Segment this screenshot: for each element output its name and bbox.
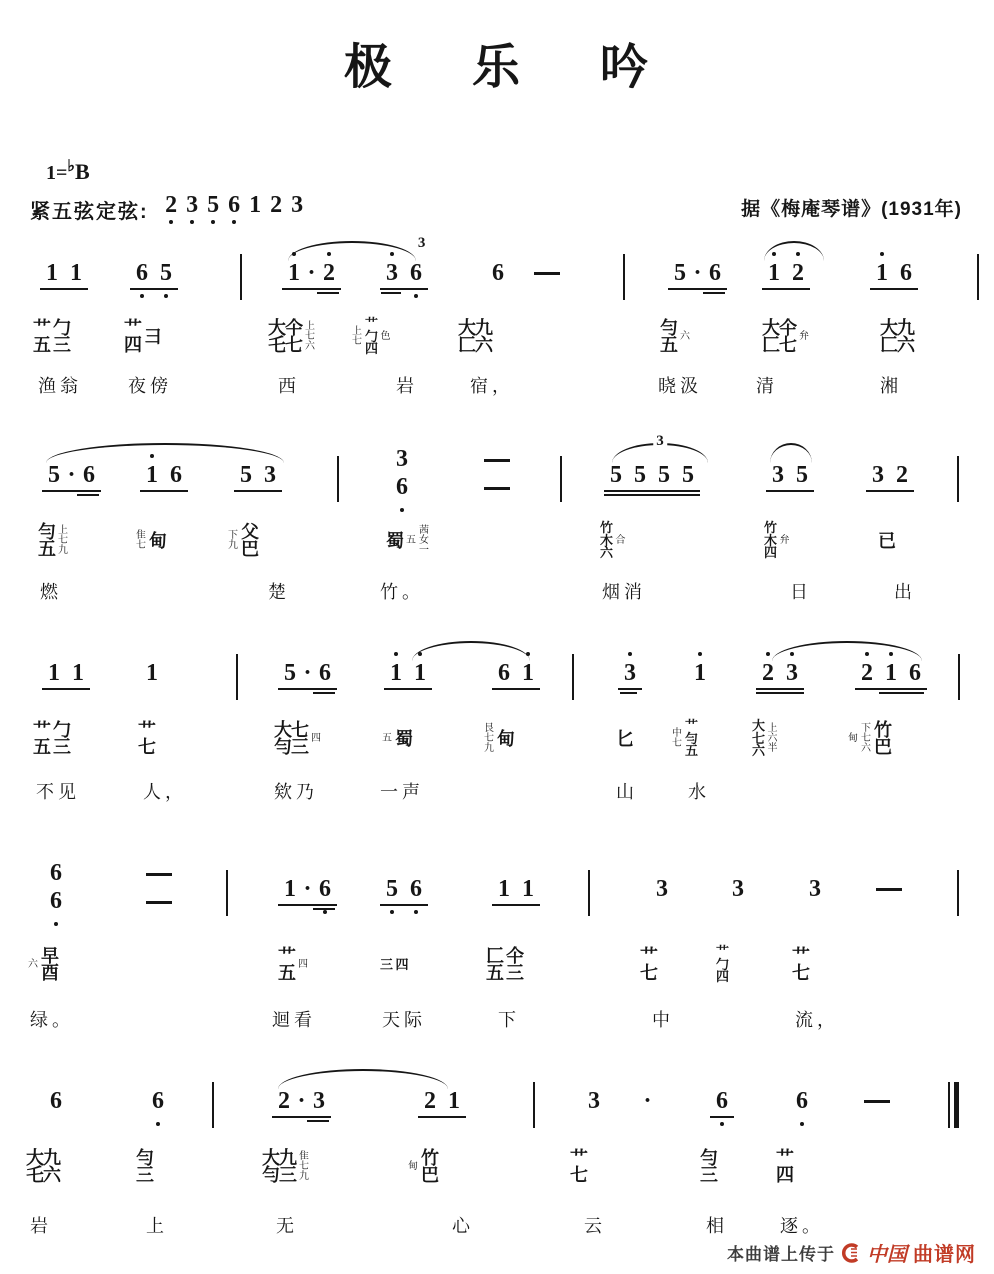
tablature-char: 彐 — [144, 329, 161, 346]
note-digit: 3 — [780, 660, 804, 686]
lyric-syllable: 湘 — [880, 372, 902, 398]
grace-number: 3 — [418, 236, 426, 251]
tablature-column: 五 — [382, 734, 392, 744]
duration-underline — [234, 490, 282, 492]
site-logo-icon — [841, 1243, 861, 1263]
note-digit: 6 — [404, 876, 428, 902]
tablature-column: 下九 — [228, 531, 238, 551]
duration-underline — [866, 490, 914, 492]
tablature-column: 隹七 — [136, 531, 146, 551]
tablature-char: 合 — [616, 536, 626, 546]
note-digit: 2 — [756, 660, 780, 686]
tablature-char: 五 — [33, 337, 50, 354]
tablature-glyph: 竹木四弁 — [764, 512, 790, 570]
tablature-char: 乇六 — [26, 1167, 60, 1184]
lyric-syllable: 下 — [498, 1006, 520, 1032]
note-group: 3 — [803, 876, 827, 902]
note-digits: 216 — [855, 660, 927, 686]
note-digit: 5 — [380, 876, 404, 902]
note-digits: 61 — [492, 660, 540, 686]
tablature-glyph: 三四 — [380, 936, 408, 994]
note-group: 35 — [766, 462, 814, 488]
duration-underline — [855, 688, 927, 690]
note-group: 61 — [492, 660, 540, 686]
note-digit: 1 — [140, 462, 164, 488]
tablature-column: 四 — [298, 960, 308, 970]
tablature-column: 大七勻三 — [274, 722, 308, 756]
tablature-column: 勻五 — [660, 320, 677, 354]
duration-underline — [870, 288, 918, 290]
tablature-char: 五 — [278, 965, 295, 982]
lyric-syllable: 中 — [652, 1006, 674, 1032]
tablature-column: 蜀 — [386, 533, 403, 550]
note-digits: 16 — [140, 462, 188, 488]
tablature-column: 茜女一 — [419, 526, 429, 556]
tablature-char: 三 — [506, 965, 523, 982]
note-digit: 6 — [77, 462, 101, 488]
tablature-column: 勻三 — [700, 1150, 717, 1184]
tablature-char: 九 — [299, 1172, 309, 1182]
lyric-syllable: 水 — [688, 778, 710, 804]
tablature-column: 艹勻五 — [685, 720, 698, 758]
note-digits: 5·6 — [42, 462, 101, 488]
note-digit: 2 — [272, 1088, 296, 1114]
note-group: 16 — [870, 260, 918, 286]
tablature-column: 大九勻三 — [262, 1150, 296, 1184]
watermark: 本曲谱上传于 中国 曲谱网 — [727, 1238, 976, 1267]
tablature-column: 早酉 — [41, 948, 58, 982]
note-group: 3 — [650, 876, 674, 902]
note-digit: 3 — [258, 462, 282, 488]
tablature-char: 甸 — [497, 731, 514, 748]
tablature-char: 五 — [486, 965, 503, 982]
final-bar-thick — [954, 1082, 959, 1128]
duration-underline — [380, 288, 428, 290]
note-digit: 6 — [313, 660, 337, 686]
octave-dot-below — [164, 294, 168, 298]
note-digit: 3 — [618, 660, 642, 686]
tablature-char: 六 — [600, 547, 613, 560]
tablature-glyph: 艹五勹三 — [33, 308, 70, 366]
duration-underline-2 — [756, 692, 804, 694]
tablature-column: 已 — [878, 533, 895, 550]
duration-underline-partial — [620, 692, 637, 694]
duration-underline — [278, 904, 337, 906]
tablature-char: 已 — [878, 533, 895, 550]
tablature-column: 竹巴 — [874, 722, 891, 756]
note-digit: 3 — [380, 260, 404, 286]
octave-dot-above — [394, 652, 398, 656]
tablature-column: 艹七 — [138, 722, 155, 756]
octave-dot-below — [54, 922, 58, 926]
lyric-syllable: 宿， — [470, 372, 514, 398]
note-digits: 6 — [44, 888, 68, 914]
lyric-syllable: 心 — [452, 1212, 474, 1238]
tablature-column: 上七九 — [58, 526, 68, 556]
tablature-char: 甸 — [149, 533, 166, 550]
note-digit: 3 — [803, 876, 827, 902]
score: 11651·236365·61216艹五勹三艹四彐大仐乇七上七六上七艹勹四色大九… — [0, 0, 994, 1274]
tablature-char: 四 — [764, 547, 777, 560]
lyric-syllable: 西 — [278, 372, 300, 398]
tablature-char: 九 — [484, 744, 494, 754]
note-digit: · — [642, 1088, 653, 1114]
duration-dash — [484, 459, 510, 462]
note-digits: 6 — [710, 1088, 734, 1114]
tablature-char: 四 — [365, 343, 378, 356]
lyric-syllable: 无 — [276, 1212, 298, 1238]
tablature-char: 九 — [58, 546, 68, 556]
note-digit: 1 — [278, 876, 302, 902]
note-group: 11 — [492, 876, 540, 902]
tablature-column: 蜀 — [395, 731, 412, 748]
tablature-glyph: 艹五四 — [278, 936, 308, 994]
note-digit: 2 — [317, 260, 341, 286]
tablature-column: 色 — [381, 332, 391, 342]
tablature-column: 甸 — [408, 1162, 418, 1172]
note-digit: 6 — [703, 260, 727, 286]
tablature-char: 巴 — [241, 541, 258, 558]
duration-dash — [534, 272, 560, 275]
note-group: 6 — [44, 860, 68, 886]
octave-dot-below — [414, 910, 418, 914]
note-digit: 1 — [282, 260, 306, 286]
tablature-char: 匕 — [616, 731, 633, 748]
tablature-glyph: 勻三 — [136, 1138, 153, 1196]
duration-underline — [492, 904, 540, 906]
tablature-column: 大仐乇七 — [268, 320, 302, 354]
note-group: 6 — [146, 1088, 170, 1114]
tablature-glyph: 艹五勹三 — [33, 710, 70, 768]
duration-underline — [40, 288, 88, 290]
duration-underline — [418, 1116, 466, 1118]
octave-dot-above — [880, 252, 884, 256]
note-digits: 5·6 — [278, 660, 337, 686]
note-digit: 2 — [786, 260, 810, 286]
lyric-syllable: 逐。 — [780, 1212, 824, 1238]
note-group: · — [642, 1088, 653, 1114]
note-digits: 65 — [130, 260, 178, 286]
tablature-column: 六 — [28, 960, 38, 970]
duration-underline — [278, 688, 337, 690]
note-digit: 6 — [44, 860, 68, 886]
barline — [572, 654, 574, 700]
tablature-column: 三 — [380, 959, 393, 972]
note-digits: 6 — [44, 860, 68, 886]
tablature-glyph: 大仐匚七弁 — [762, 308, 809, 366]
lyric-syllable: 夜傍 — [128, 372, 172, 398]
tablature-column: 竹巴 — [421, 1150, 438, 1184]
tablature-char: 三 — [700, 1167, 717, 1184]
tablature-glyph: 大九匚六 — [880, 308, 914, 366]
octave-dot-below — [720, 1122, 724, 1126]
tablature-column: 大七六 — [752, 720, 765, 758]
note-digit: 3 — [726, 876, 750, 902]
tablature-glyph: 大七六上六半 — [752, 710, 778, 768]
note-digits: 11 — [42, 660, 90, 686]
lyric-syllable: 人， — [143, 778, 187, 804]
lyric-syllable: 流， — [795, 1006, 839, 1032]
duration-underline — [140, 490, 188, 492]
note-group: 21 — [418, 1088, 466, 1114]
sheet-music-page: 极 乐 吟 1=♭B 紧五弦定弦: 2356123 据《梅庵琴谱》(1931年)… — [0, 0, 994, 1274]
lyric-syllable: 上 — [146, 1212, 168, 1238]
note-digits: 5555 — [604, 462, 700, 488]
note-digits: 1 — [688, 660, 712, 686]
note-digits: 6 — [44, 1088, 68, 1114]
note-digit: 2 — [418, 1088, 442, 1114]
duration-underline — [492, 688, 540, 690]
duration-underline-2 — [604, 494, 700, 496]
barline — [226, 870, 228, 916]
note-group: 6 — [790, 1088, 814, 1114]
tablature-column: 艹七 — [792, 948, 809, 982]
tablature-column: 竹木六 — [600, 522, 613, 560]
lyric-syllable: 山 — [616, 778, 638, 804]
note-digit: 6 — [903, 660, 927, 686]
tablature-char: 七 — [640, 965, 657, 982]
tablature-glyph: 匕 — [616, 710, 633, 768]
note-digits: · — [642, 1088, 653, 1114]
note-group: 216 — [855, 660, 927, 686]
duration-dash — [146, 873, 172, 876]
note-digit: 2 — [890, 462, 914, 488]
note-group: 11 — [40, 260, 88, 286]
final-barline — [948, 1082, 960, 1128]
duration-underline-partial — [317, 292, 338, 294]
tablature-char: 五 — [38, 541, 55, 558]
tablature-column: 艹勹四 — [365, 318, 378, 356]
tablature-glyph: 大九匚六 — [458, 308, 492, 366]
note-digits: 6 — [486, 260, 510, 286]
lyric-syllable: 欸乃 — [274, 778, 318, 804]
note-digits: 11 — [384, 660, 432, 686]
tablature-char: 勻三 — [274, 739, 308, 756]
tablature-glyph: 下九父巴 — [228, 512, 258, 570]
tablature-char: 一 — [419, 546, 429, 556]
lyric-syllable: 日 — [790, 578, 812, 604]
note-digits: 1·6 — [278, 876, 337, 902]
slur-arc — [772, 641, 922, 661]
tablature-char: 五 — [685, 745, 698, 758]
note-digits: 6 — [790, 1088, 814, 1114]
tablature-char: 巴 — [421, 1167, 438, 1184]
octave-dot-below — [414, 294, 418, 298]
note-digit: 5 — [42, 462, 66, 488]
note-digits: 363 — [380, 260, 428, 286]
tablature-glyph: 大仐乇七上七六 — [268, 308, 315, 366]
note-group: 11 — [42, 660, 90, 686]
lyric-syllable: 渔翁 — [38, 372, 82, 398]
note-digit: 3 — [582, 1088, 606, 1114]
note-digit: 6 — [313, 876, 337, 902]
tablature-char: 四 — [124, 337, 141, 354]
note-group: 6 — [44, 888, 68, 914]
tablature-char: 六 — [752, 745, 765, 758]
note-group: 3 — [390, 446, 414, 472]
tablature-char: 七 — [792, 965, 809, 982]
tablature-glyph: 艹四 — [776, 1138, 793, 1196]
note-digits: 11 — [40, 260, 88, 286]
note-digit: 5 — [234, 462, 258, 488]
barline — [588, 870, 590, 916]
note-digit: 1 — [384, 660, 408, 686]
final-bar-thin — [948, 1082, 950, 1128]
note-digit: 1 — [408, 660, 432, 686]
tablature-char: 四 — [311, 734, 321, 744]
barline — [623, 254, 625, 300]
duration-underline-partial — [77, 494, 98, 496]
octave-dot-below — [140, 294, 144, 298]
tablature-char: 四 — [396, 959, 409, 972]
note-digit: 1 — [66, 660, 90, 686]
note-digit: 1 — [442, 1088, 466, 1114]
tablature-column: 上七 — [352, 327, 362, 347]
tablature-column: 甸 — [497, 731, 514, 748]
note-group: 53 — [234, 462, 282, 488]
duration-underline-partial — [313, 692, 334, 694]
octave-dot-above — [698, 652, 702, 656]
note-group: 3 — [582, 1088, 606, 1114]
duration-underline — [604, 490, 700, 492]
tablature-char: 五 — [33, 739, 50, 756]
note-group: 5·6 — [278, 660, 337, 686]
tablature-column: 艹四 — [776, 1150, 793, 1184]
duration-underline — [710, 1116, 734, 1118]
tablature-column: 勻五 — [38, 524, 55, 558]
tablature-column: 父巴 — [241, 524, 258, 558]
duration-underline — [130, 288, 178, 290]
note-digits: 3 — [390, 446, 414, 472]
duration-underline — [380, 904, 428, 906]
lyric-syllable: 晓汲 — [658, 372, 702, 398]
note-digit: 3 — [650, 876, 674, 902]
tablature-glyph: 甸竹巴 — [408, 1138, 438, 1196]
tablature-column: 弁 — [799, 332, 809, 342]
tablature-glyph: 勻五上七九 — [38, 512, 68, 570]
note-group: 56 — [380, 876, 428, 902]
tablature-glyph: 竹木六合 — [600, 512, 626, 570]
duration-underline — [282, 288, 341, 290]
tablature-char: 弁 — [799, 332, 809, 342]
tablature-char: 甸 — [408, 1162, 418, 1172]
duration-underline-partial — [307, 1120, 328, 1122]
note-group: 1·6 — [278, 876, 337, 902]
tablature-char: 色 — [381, 332, 391, 342]
tablature-char: 六 — [28, 960, 38, 970]
tablature-glyph: 勻三 — [700, 1138, 717, 1196]
note-group: 1·2 — [282, 260, 341, 286]
octave-dot-below — [323, 910, 327, 914]
tablature-column: 勹三 — [53, 320, 70, 354]
tablature-column: 中七 — [672, 729, 682, 749]
lyric-syllable: 岩 — [396, 372, 418, 398]
tablature-char: 七 — [136, 541, 146, 551]
note-digit: 1 — [42, 660, 66, 686]
note-digit: 6 — [790, 1088, 814, 1114]
tablature-column: 上六半 — [768, 724, 778, 754]
tablature-column: 彐 — [144, 329, 161, 346]
slur-arc — [770, 443, 812, 463]
barline — [560, 456, 562, 502]
note-digits: 2·3 — [272, 1088, 331, 1114]
tablature-column: 匕 — [616, 731, 633, 748]
note-digit: 5 — [668, 260, 692, 286]
note-digit: · — [692, 260, 703, 286]
barline — [337, 456, 339, 502]
tablature-column: 艹七 — [640, 948, 657, 982]
duration-underline-partial — [381, 292, 401, 294]
note-group: 3 — [618, 660, 642, 686]
duration-underline — [762, 288, 810, 290]
upload-note: 本曲谱上传于 — [727, 1240, 835, 1265]
tablature-char: 三 — [136, 1167, 153, 1184]
duration-dash — [146, 901, 172, 904]
slur-arc — [288, 241, 416, 261]
barline — [957, 456, 959, 502]
note-digit: 1 — [688, 660, 712, 686]
note-digit: 6 — [390, 474, 414, 500]
tablature-char: 蜀 — [386, 533, 403, 550]
note-group: 363 — [380, 260, 428, 286]
note-group: 1 — [688, 660, 712, 686]
tablature-glyph: 艹七 — [792, 936, 809, 994]
tablature-column: 仐三 — [506, 948, 523, 982]
tablature-char: 三 — [380, 959, 393, 972]
tablature-char: 酉 — [41, 965, 58, 982]
lyric-syllable: 清 — [756, 372, 778, 398]
tablature-column: 艹五 — [278, 948, 295, 982]
duration-underline — [42, 490, 101, 492]
note-digits: 53 — [234, 462, 282, 488]
lyric-syllable: 相 — [706, 1212, 728, 1238]
slur-arc: 3 — [612, 443, 708, 463]
note-digit: 3 — [766, 462, 790, 488]
note-digit: · — [302, 876, 313, 902]
lyric-syllable: 燃 — [40, 578, 62, 604]
lyric-syllable: 迴看 — [272, 1006, 316, 1032]
note-digit: 5 — [790, 462, 814, 488]
tablature-char: 五 — [406, 536, 416, 546]
tablature-column: 匚五 — [486, 948, 503, 982]
duration-underline — [668, 288, 727, 290]
note-digits: 11 — [492, 876, 540, 902]
tablature-glyph: 甸下七六竹巴 — [848, 710, 891, 768]
tablature-char: 六 — [861, 744, 871, 754]
note-digits: 12 — [762, 260, 810, 286]
slur-arc — [764, 241, 824, 261]
lyric-syllable: 绿。 — [30, 1006, 74, 1032]
tablature-glyph: 五蜀 — [382, 710, 412, 768]
note-digit: 1 — [64, 260, 88, 286]
tablature-char: 乇七 — [268, 337, 302, 354]
note-digit: · — [306, 260, 317, 286]
note-digit: 5 — [652, 462, 676, 488]
note-group: 6 — [44, 1088, 68, 1114]
note-digit: 63 — [404, 260, 428, 286]
note-group: 32 — [866, 462, 914, 488]
note-digit: 6 — [44, 888, 68, 914]
tablature-char: 勻三 — [262, 1167, 296, 1184]
lyric-syllable: 不见 — [36, 778, 80, 804]
note-digits: 6 — [390, 474, 414, 500]
tablature-column: 勻三 — [136, 1150, 153, 1184]
duration-underline — [42, 688, 90, 690]
slur-arc — [278, 1069, 448, 1089]
tablature-char: 四 — [716, 971, 729, 984]
tablature-column: 艹四 — [124, 320, 141, 354]
tablature-char: 七 — [672, 739, 682, 749]
